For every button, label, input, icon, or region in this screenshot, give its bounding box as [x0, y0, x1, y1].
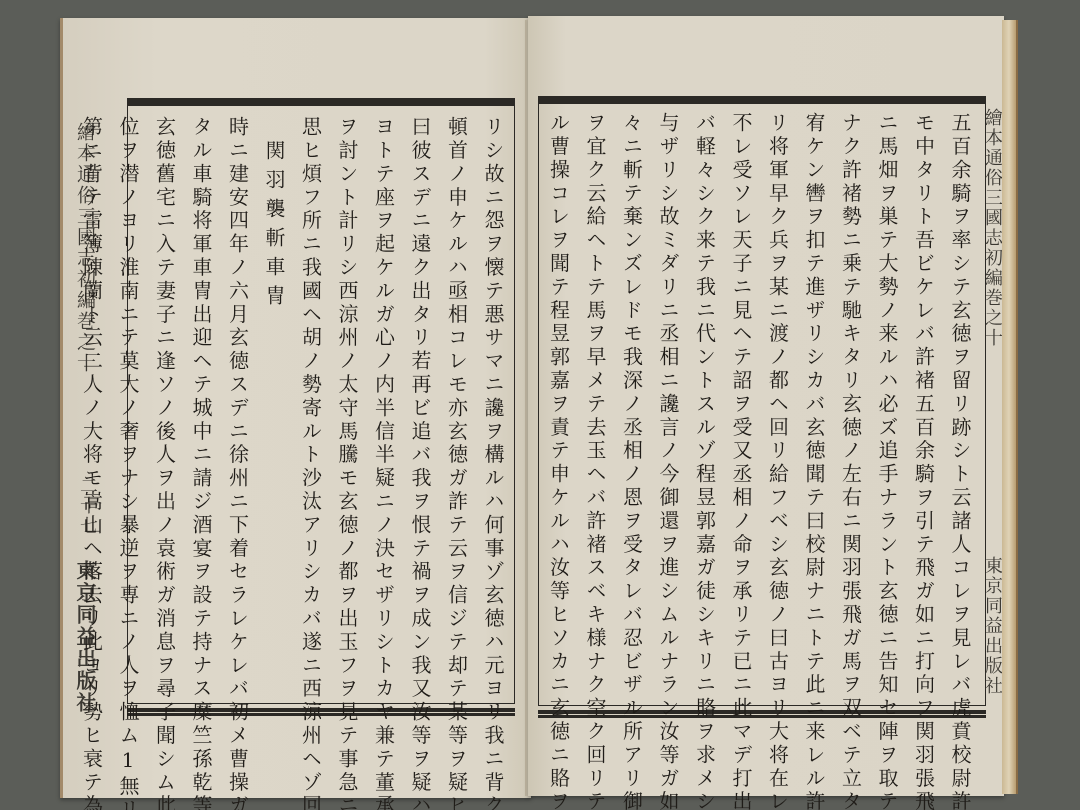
text-line: ナク許褚勢ニ乗テ馳キタリ玄徳ノ左右ニ関羽張飛ガ馬ヲ双ベテ立タルヲ見テ駭シテヤ	[832, 112, 869, 698]
text-line: 時ニ建安四年ノ六月玄徳スデニ徐州ニ下着セラレケレバ初メ曹操ガ權ニ太守トノ留置	[219, 116, 256, 696]
text-line: 与ザリシ故ミダリニ丞相ニ讒言ノ今御還ヲ進シムルナラン汝等ガ如キ不義ノ徒ヲ今寸	[650, 112, 687, 698]
text-line: リシ故ニ怨ヲ懐テ悪サマニ讒ヲ構ルハ何事ゾ玄徳ハ元ヨリ我ニ背ク心ナシ程昱郭嘉	[475, 116, 512, 696]
left-page: 繪本通俗三國志初編巻之十 二十七 東京同益出版社 リシ故ニ怨ヲ懐テ悪サマニ讒ヲ構…	[60, 18, 531, 798]
text-line: ニ馬畑ヲ巣テ大勢ノ来ルハ必ズ追手ナラント玄徳ニ告知セ陣ヲ取テ来ルヲ待ニ間モ	[869, 112, 906, 698]
text-line: 不レ受ソレ天子ニ見ヘテ詔ヲ受又丞相ノ命ヲ承リテ已ニ此マデ打出タリ御還イカナレ	[723, 112, 760, 698]
text-line: 玄徳舊宅ニ入テ妻子ニ逢ソノ後人ヲ出ノ袁術ガ消息ヲ尋子聞シム此時袁術ハ皇帝ノ	[146, 116, 183, 696]
body-text: リシ故ニ怨ヲ懐テ悪サマニ讒ヲ構ルハ何事ゾ玄徳ハ元ヨリ我ニ背ク心ナシ程昱郭嘉 頓首…	[73, 116, 511, 696]
text-line: モ中タリト吾ビケレバ許褚五百余騎ヲ引テ飛ガ如ニ打向フ関羽張飛後陣ニ備ケルガ後	[905, 112, 942, 698]
text-line: 曰彼スデニ遠ク出タリ若再ビ追バ我ヲ恨テ禍ヲ成ン我又汝等ヲ疑ハズ汝等心ヲ安ゼ	[402, 116, 439, 696]
page-edges	[1002, 20, 1018, 794]
right-page: 繪本通俗三國志初編巻之十 東京同益出版社 五百余騎ヲ率シテ玄徳ヲ留リ跡シト云諸人…	[528, 16, 1004, 796]
text-line: 頓首ノ申ケルハ亟相コレモ亦玄徳ガ詐テ云ヲ信ジテ却テ某等ヲ疑ヒ玉フカ曹操笑テ	[438, 116, 475, 696]
text-line: ヨトテ座ヲ起ケルガ心ノ内半信半疑ニノ決セザリシトカヤ兼テ董承ニ一味ノ密ニ曹操	[365, 116, 402, 696]
text-line: 位ヲ潜ノヨリ淮南ニテ莫大ノ奢ヲナシ暴逆ヲ専ニノ人ヲ恤ム1無リシカバ相従フ者次	[110, 116, 147, 696]
text-line: ヲ宜ク云給ヘトテ馬ヲ早メテ去玉ヘバ許褚スベキ様ナク空ク回リテ曹操ニ右ノ趣ヲ語	[577, 112, 614, 698]
publisher-imprint: 東京同益出版社	[980, 556, 1004, 696]
text-line: 宥ケン轡ヲ扣テ進ザリシカバ玄徳聞テ曰校尉ナニトテ此ニ来レル許褚ガ曰丞相ノ命ナ	[796, 112, 833, 698]
text-line: 思ヒ煩フ所ニ我國ヘ胡ノ勢寄ルト沙汰アリシカバ遂ニ西涼州ヘゾ回リケル。	[292, 116, 329, 696]
text-line: リ将軍早ク兵ヲ某ニ渡ノ都ヘ回リ給フベシ玄徳ノ曰古ヨリ大将在レ外君命有レ所	[759, 112, 796, 698]
chapter-heading: 関羽襲斬車冑	[256, 116, 293, 696]
text-line: タル車騎将軍車冑出迎ヘテ城中ニ請ジ酒宴ヲ設テ持ナス糜竺孫乾等キタリ見ヘケレバ	[183, 116, 220, 696]
margin-book-title: 繪本通俗三國志初編巻之十	[980, 108, 1004, 348]
body-text: 五百余騎ヲ率シテ玄徳ヲ留リ跡シト云諸人コレヲ見レバ虎賁校尉許褚ナリ曹操イシク モ…	[540, 112, 978, 698]
open-book: 繪本通俗三國志初編巻之十 二十七 東京同益出版社 リシ故ニ怨ヲ懐テ悪サマニ讒ヲ構…	[58, 14, 1020, 804]
text-line: 第ニ背テ雷簿陳蘭ト云二人ノ大将モ嵩山ヘ落去リ此ヨリ勢ヒ衰テ為ベキ様ナカリシユ	[73, 116, 110, 696]
text-line: ヲ討ント計リシ西涼州ノ太守馬騰モ玄徳ノ都ヲ出玉フヲ見テ事急ニハ成ガタカラント	[329, 116, 366, 696]
text-line: 五百余騎ヲ率シテ玄徳ヲ留リ跡シト云諸人コレヲ見レバ虎賁校尉許褚ナリ曹操イシク	[942, 112, 979, 698]
text-line: ル曹操コレヲ聞テ程昱郭嘉ヲ責テ申ケルハ汝等ヒソカニ玄徳ニ賂ヲ求メ彼ガ与ヘザ	[540, 112, 577, 698]
text-line: 々ニ斬テ棄ンズレドモ我深ノ丞相ノ恩ヲ受タレバ忍ビザル所アリ御還早々ニ回テ此事	[613, 112, 650, 698]
text-line: バ軽々シク来テ我ニ代ントスルゾ程昱郭嘉ガ徒シキリニ賂ヲ求メシカドモ我サラニ	[686, 112, 723, 698]
